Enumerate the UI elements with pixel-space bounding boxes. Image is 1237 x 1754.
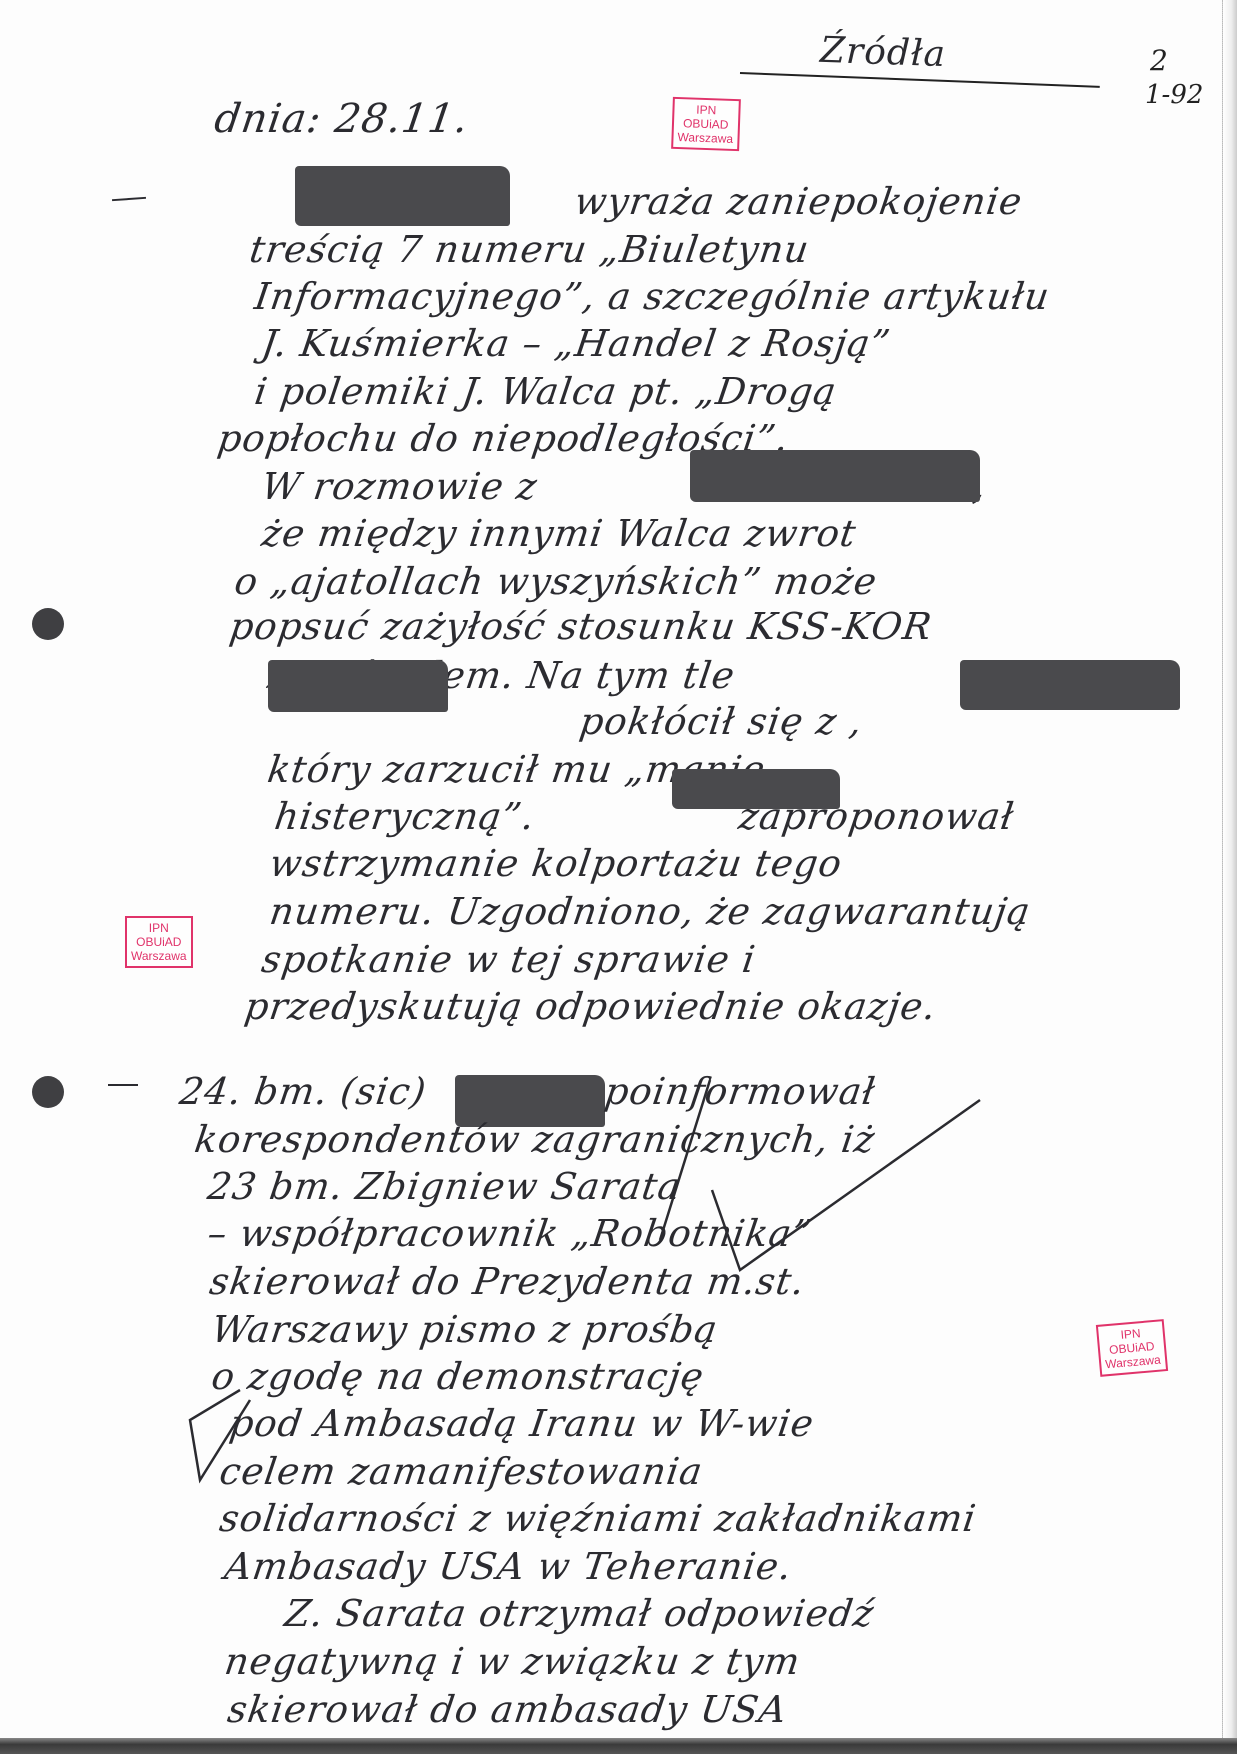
redaction-block	[672, 769, 840, 809]
text-line: negatywną i w związku z tym	[222, 1640, 803, 1683]
text-line: przedyskutują odpowiednie okazje.	[242, 985, 939, 1028]
page-number-top: 2	[1150, 44, 1168, 77]
text-line: solidarności z więźniami zakładnikami	[217, 1497, 979, 1540]
text-line: spotkanie w tej sprawie i	[259, 938, 759, 981]
redaction-block	[690, 450, 980, 502]
text-line: Ambasady USA w Teheranie.	[222, 1545, 795, 1588]
text-line: treścią 7 numeru „Biuletynu	[247, 228, 812, 271]
text-line: skierował do ambasady USA	[225, 1688, 790, 1731]
text-fragment: wyraża zaniepokojenie	[572, 180, 1025, 223]
item-dash	[112, 197, 146, 201]
text-line: Warszawy pismo z prośbą	[209, 1308, 721, 1351]
text-line: Z. Sarata otrzymał odpowiedź	[282, 1592, 877, 1635]
archive-stamp: IPN OBUiAD Warszawa	[671, 97, 740, 151]
stamp-line: IPN	[131, 921, 187, 935]
text-line: że między innymi Walca zwrot	[259, 512, 859, 555]
date-line: dnia: 28.11.	[212, 96, 472, 142]
text-line: pokłócił się z ,	[577, 700, 866, 743]
insertion-caret	[600, 1070, 1020, 1310]
text-line: o „ajatollach wyszyńskich” może	[232, 560, 880, 603]
header-underline	[740, 72, 1100, 88]
archive-stamp: IPN OBUiAD Warszawa	[1096, 1319, 1168, 1377]
document-page: Źródła 2 1-92 IPN OBUiAD Warszawa IPN OB…	[0, 0, 1237, 1738]
scan-bottom-edge	[0, 1738, 1237, 1754]
archive-stamp: IPN OBUiAD Warszawa	[125, 916, 193, 968]
punch-hole	[32, 608, 64, 640]
text-line: J. Kuśmierka – „Handel z Rosją”	[259, 322, 894, 365]
bracket-mark	[170, 1380, 330, 1490]
header-label: Źródła	[819, 30, 946, 75]
text-line: wyraża zaniepokojenie	[572, 180, 1025, 223]
redaction-block	[295, 166, 510, 226]
stamp-line: Warszawa	[131, 949, 187, 963]
text-line: numeru. Uzgodniono, że zagwarantują	[267, 890, 1034, 933]
text-line: i polemiki J. Walca pt. „Drogą	[252, 370, 840, 413]
text-line: wstrzymanie kolportażu tego	[267, 842, 845, 885]
redaction-block	[960, 660, 1180, 710]
redaction-block	[268, 660, 448, 712]
item-dash	[108, 1084, 138, 1086]
stamp-line: Warszawa	[677, 130, 733, 146]
text-line: popsuć zażyłość stosunku KSS-KOR	[227, 605, 935, 648]
punch-hole	[32, 1076, 64, 1108]
stamp-line: OBUiAD	[131, 935, 187, 949]
text-line: histeryczną”. zaproponował	[272, 795, 1017, 838]
scan-edge	[1222, 0, 1237, 1738]
text-line: Informacyjnego”, a szczególnie artykułu	[252, 275, 1053, 318]
page-number-archive: 1-92	[1145, 80, 1203, 110]
